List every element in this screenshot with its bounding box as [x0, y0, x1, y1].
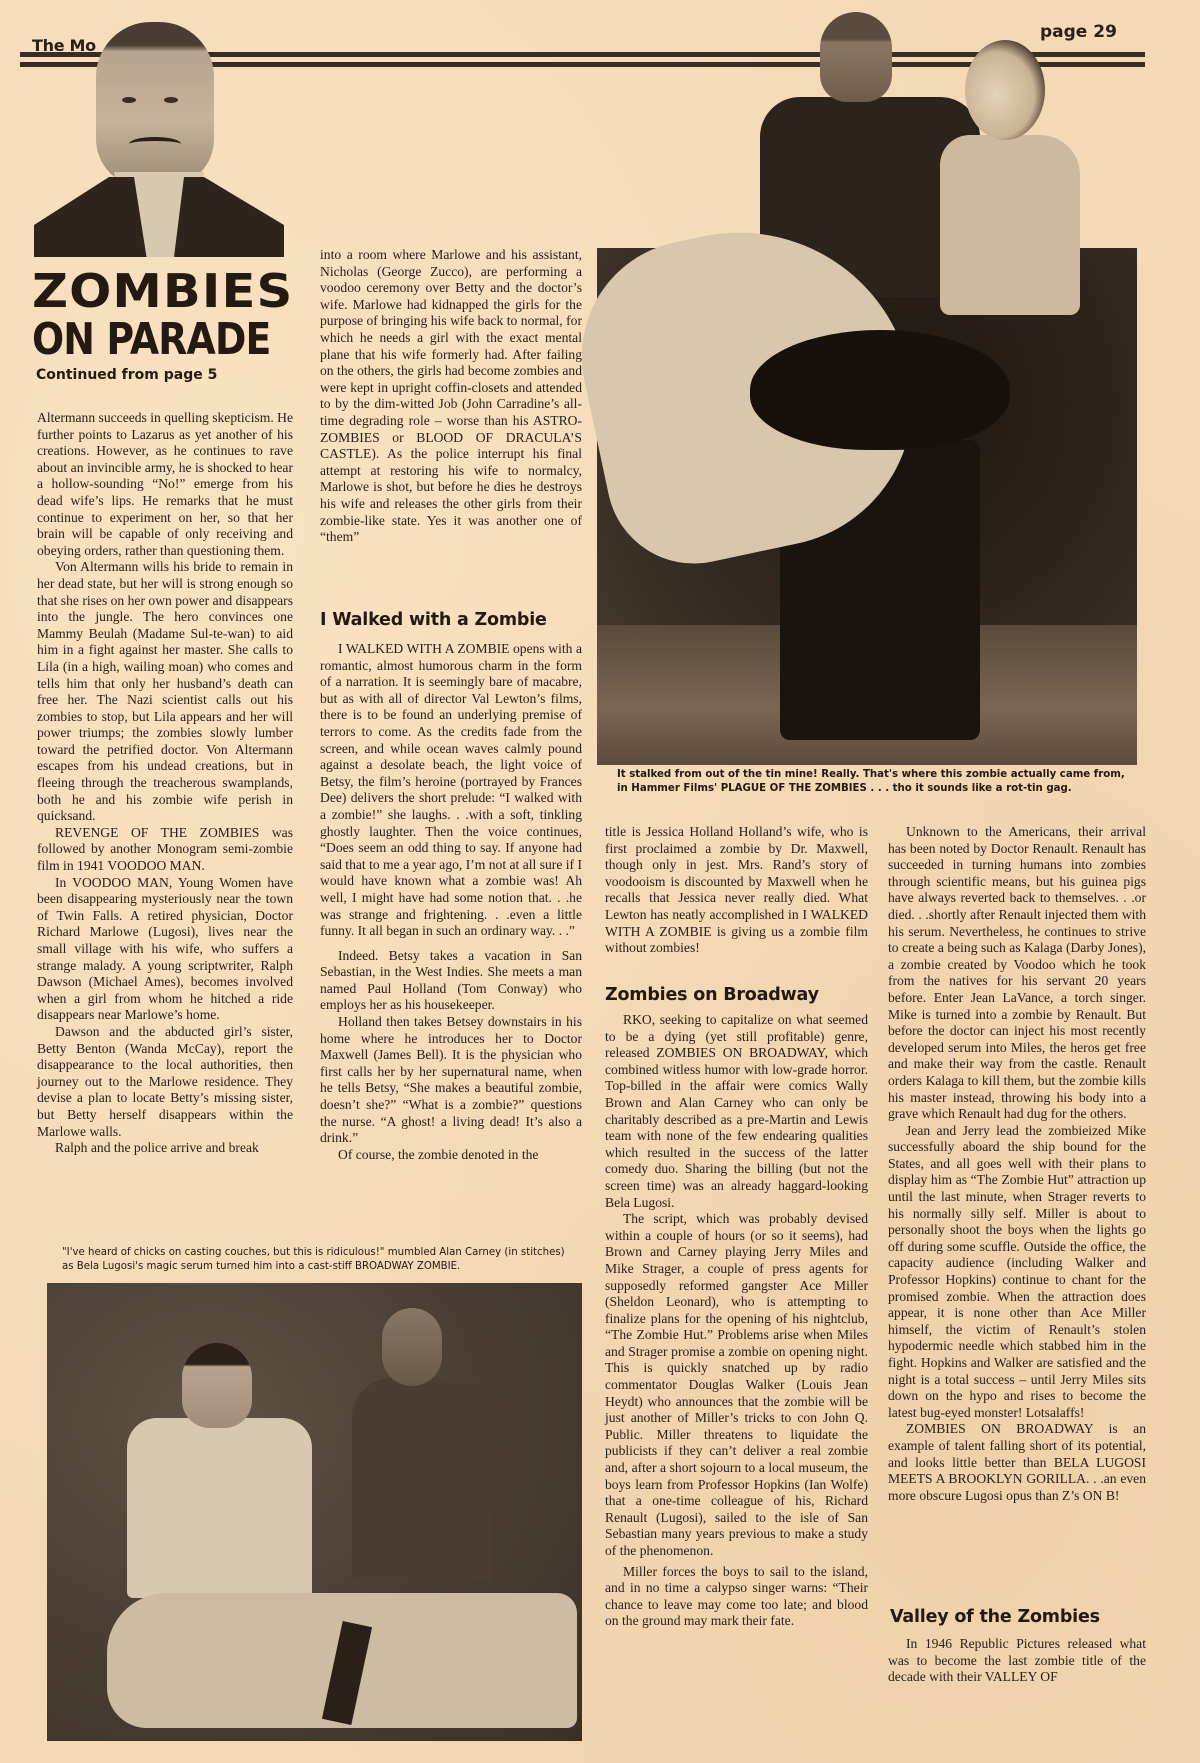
headline-on-parade: ON PARADE — [32, 318, 271, 362]
caption-top-photo: It stalked from out of the tin mine! Rea… — [617, 768, 1137, 796]
broadway-zombie-photo — [47, 1283, 582, 1741]
section-heading-broadway: Zombies on Broadway — [605, 985, 819, 1005]
paragraph: Ralph and the police arrive and break — [37, 1140, 293, 1157]
paragraph: I WALKED WITH A ZOMBIE opens with a roma… — [320, 641, 582, 940]
continued-from: Continued from page 5 — [36, 367, 217, 383]
paragraph: In 1946 Republic Pictures released what … — [888, 1636, 1146, 1686]
article-column-2-top: into a room where Marlowe and his assist… — [320, 247, 582, 546]
page-number: page 29 — [1040, 22, 1117, 42]
paragraph: Holland then takes Betsey downstairs in … — [320, 1014, 582, 1147]
paragraph: ZOMBIES ON BROADWAY is an example of tal… — [888, 1421, 1146, 1504]
section-heading-walked: I Walked with a Zombie — [320, 610, 547, 630]
paragraph: Of course, the zombie denoted in the — [320, 1147, 582, 1164]
paragraph: In VOODOO MAN, Young Women have been dis… — [37, 875, 293, 1024]
paragraph: RKO, seeking to capitalize on what seeme… — [605, 1012, 868, 1211]
paragraph: Altermann succeeds in quelling skepticis… — [37, 410, 293, 559]
photo-cauldron — [750, 330, 1010, 450]
paragraph: REVENGE OF THE ZOMBIES was followed by a… — [37, 825, 293, 875]
paragraph: Unknown to the Americans, their arrival … — [888, 824, 1146, 1123]
paragraph: title is Jessica Holland Holland’s wife,… — [605, 824, 868, 957]
article-column-3-top: title is Jessica Holland Holland’s wife,… — [605, 824, 868, 957]
article-column-4: Unknown to the Americans, their arrival … — [888, 824, 1146, 1504]
paragraph: The script, which was probably devised w… — [605, 1211, 868, 1559]
paragraph: Dawson and the abducted girl’s sister, B… — [37, 1024, 293, 1140]
paragraph: Miller forces the boys to sail to the is… — [605, 1564, 868, 1630]
paragraph: Jean and Jerry lead the zombieized Mike … — [888, 1123, 1146, 1422]
paragraph: Von Altermann wills his bride to remain … — [37, 559, 293, 825]
paragraph: Indeed. Betsy takes a vacation in San Se… — [320, 948, 582, 1014]
photo-woman-figure — [940, 40, 1090, 300]
paragraph: into a room where Marlowe and his assist… — [320, 247, 582, 546]
portrait-photo — [34, 22, 284, 257]
article-column-3-broadway: RKO, seeking to capitalize on what seeme… — [605, 1012, 868, 1630]
caption-bottom-photo: "I've heard of chicks on casting couches… — [62, 1246, 574, 1274]
section-heading-valley: Valley of the Zombies — [890, 1607, 1100, 1627]
article-column-1: Altermann succeeds in quelling skepticis… — [37, 410, 293, 1157]
article-column-2-walked: I WALKED WITH A ZOMBIE opens with a roma… — [320, 641, 582, 1163]
headline-zombies: ZOMBIES — [32, 268, 293, 314]
article-column-4-valley: In 1946 Republic Pictures released what … — [888, 1636, 1146, 1686]
